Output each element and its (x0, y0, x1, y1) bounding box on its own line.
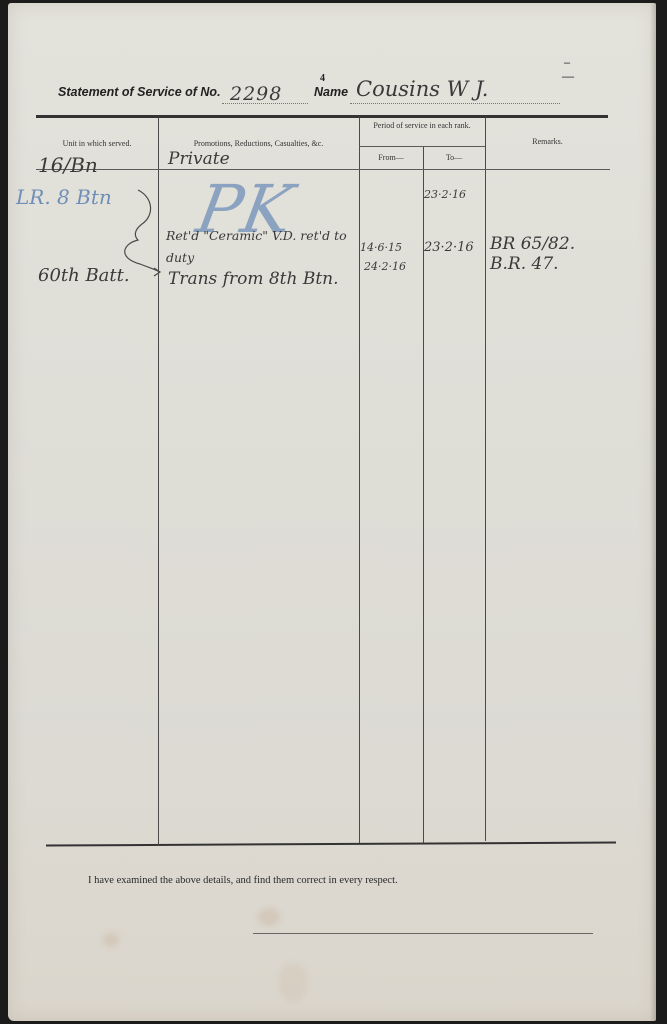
period-subheader-line (359, 146, 485, 147)
page-edge (650, 3, 656, 1021)
header-unit: Unit in which served. (36, 139, 158, 149)
table-bottom-rule (46, 842, 616, 847)
header-remarks: Remarks. (485, 137, 610, 147)
stain (258, 908, 280, 926)
certification-text: I have examined the above details, and f… (88, 875, 398, 886)
name-label: Name (314, 85, 348, 99)
stain (278, 963, 308, 1003)
cell-from: 14·6·15 (360, 241, 402, 254)
column-divider (485, 117, 486, 841)
corner-mark: — (562, 69, 574, 84)
header-period: Period of service in each rank. (368, 121, 476, 131)
cell-promotion: Ret'd "Ceramic" V.D. ret'd to duty (166, 225, 361, 269)
corner-mark: – (564, 55, 570, 70)
header-bottom-line (36, 169, 610, 170)
statement-title: Statement of Service of No. (58, 85, 221, 99)
table-top-rule (36, 115, 608, 118)
cell-remarks: BR 65/82. (490, 234, 575, 254)
signature-line (253, 933, 593, 934)
header-from: From— (359, 153, 423, 163)
cell-unit: 60th Batt. (38, 265, 130, 286)
header-promotions: Promotions, Reductions, Casualties, &c. (158, 139, 359, 149)
cell-from: 24·2·16 (364, 260, 406, 273)
cell-promotion: Private (168, 149, 230, 169)
title-label: Statement of Service of No. (58, 85, 221, 99)
cell-unit: 16/Bn (38, 153, 98, 177)
cell-promotion: Trans from 8th Btn. (168, 269, 339, 289)
service-number: 2298 (230, 83, 282, 105)
document-page: 4 – — Statement of Service of No. 2298 N… (8, 3, 656, 1021)
stain (103, 933, 119, 947)
header-to: To— (423, 153, 485, 163)
cell-remarks: B.R. 47. (490, 254, 559, 274)
cell-unit: LR. 8 Btn (16, 185, 112, 209)
name-field-line (350, 103, 560, 104)
name-value: Cousins W J. (356, 77, 488, 101)
cell-to: 23·2·16 (424, 188, 466, 201)
page-number: 4 (320, 73, 325, 84)
cell-to: 23·2·16 (424, 240, 474, 255)
